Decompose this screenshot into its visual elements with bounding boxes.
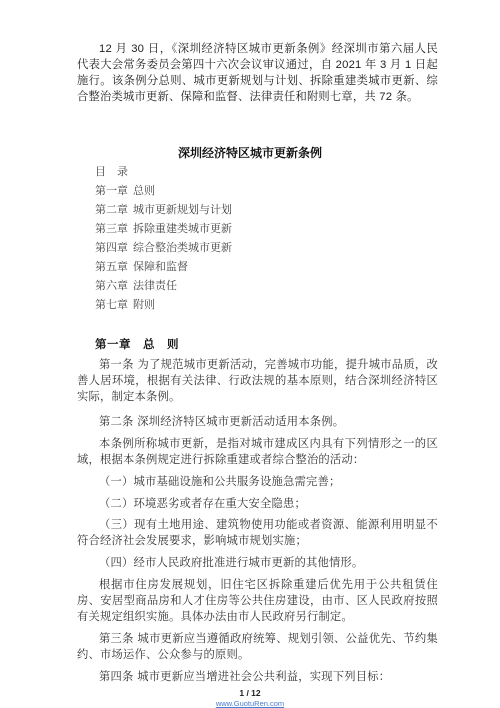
list-item: （一）城市基础设施和公共服务设施急需完善； [77,474,438,490]
toc-item-label: 综合整治类城市更新 [133,241,232,254]
toc-item-num: 第一章 [95,184,133,198]
toc-item: 第七章附则 [95,298,155,312]
article-paragraph: 第三条 城市更新应当遵循政府统筹、规划引领、公益优先、节约集约、市场运作、公众参… [77,631,438,663]
toc-item: 第二章城市更新规划与计划 [95,203,232,217]
toc-item: 第四章综合整治类城市更新 [95,241,232,255]
toc-item-label: 城市更新规划与计划 [133,203,232,216]
document-page: 12 月 30 日，《深圳经济特区城市更新条例》经深圳市第六届人民代表大会常务委… [0,0,500,708]
chapter-heading: 第一章 总 则 [95,336,179,352]
article-paragraph: 第二条 深圳经济特区城市更新活动适用本条例。 [77,414,438,430]
toc-item-num: 第六章 [95,279,133,293]
article-paragraph: 第四条 城市更新应当增进社会公共利益，实现下列目标： [77,669,438,685]
toc-item-num: 第四章 [95,241,133,255]
list-item: （二）环境恶劣或者存在重大安全隐患； [77,496,438,512]
article-paragraph: 根据市住房发展规划，旧住宅区拆除重建后优先用于公共租赁住房、安居型商品房和人才住… [77,577,438,625]
toc-item-label: 附则 [133,298,155,311]
toc-item: 第六章法律责任 [95,279,177,293]
toc-item-label: 拆除重建类城市更新 [133,222,232,235]
website-link[interactable]: www.GuotuRen.com [216,699,284,708]
page-number: 1 / 12 [0,688,500,698]
toc-item-num: 第二章 [95,203,133,217]
toc-item-num: 第三章 [95,222,133,236]
list-item: （四）经市人民政府批准进行城市更新的其他情形。 [77,555,438,571]
intro-paragraph: 12 月 30 日，《深圳经济特区城市更新条例》经深圳市第六届人民代表大会常务委… [77,41,438,105]
article-paragraph: 第一条 为了规范城市更新活动，完善城市功能，提升城市品质，改善人居环境，根据有关… [77,357,438,405]
toc-item-label: 保障和监督 [133,260,188,273]
footer-link[interactable]: www.GuotuRen.com [0,699,500,708]
toc-item-label: 法律责任 [133,279,177,292]
toc-item: 第一章总则 [95,184,155,198]
toc-item: 第五章保障和监督 [95,260,188,274]
list-item: （三）现有土地用途、建筑物使用功能或者资源、能源利用明显不符合经济社会发展要求，… [77,517,438,549]
toc-item: 第三章拆除重建类城市更新 [95,222,232,236]
document-title: 深圳经济特区城市更新条例 [0,144,500,161]
toc-item-num: 第五章 [95,260,133,274]
toc-item-num: 第七章 [95,298,133,312]
article-paragraph: 本条例所称城市更新，是指对城市建成区内具有下列情形之一的区域，根据本条例规定进行… [77,436,438,468]
toc-item-label: 总则 [133,184,155,197]
toc-heading: 目 录 [95,165,128,179]
